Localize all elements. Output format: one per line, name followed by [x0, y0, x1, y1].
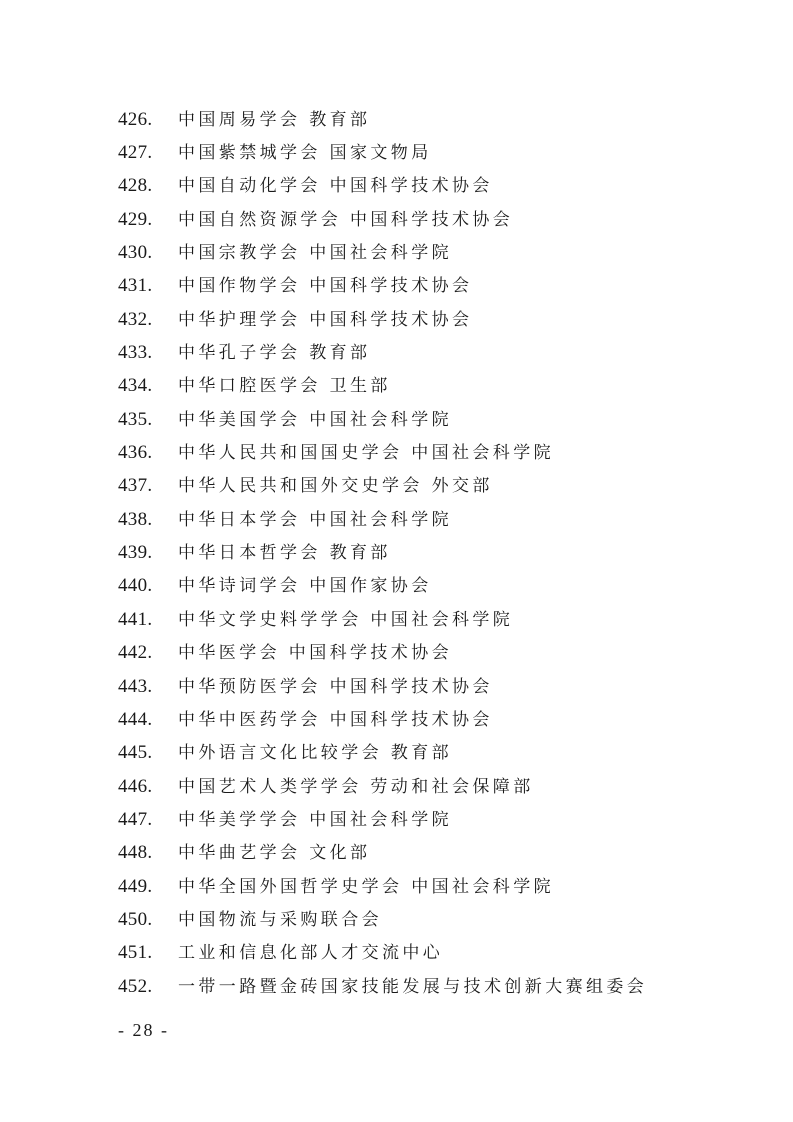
list-item: 437.中华人民共和国外交史学会 外交部 — [118, 470, 647, 503]
item-number: 438. — [118, 507, 178, 533]
item-text: 中国紫禁城学会 国家文物局 — [178, 140, 432, 166]
item-text: 工业和信息化部人才交流中心 — [178, 940, 443, 966]
item-text: 中华人民共和国国史学会 中国社会科学院 — [178, 440, 554, 466]
item-number: 440. — [118, 573, 178, 599]
item-number: 431. — [118, 273, 178, 299]
list-item: 430.中国宗教学会 中国社会科学院 — [118, 236, 647, 269]
list-item: 451.工业和信息化部人才交流中心 — [118, 937, 647, 970]
item-number: 437. — [118, 473, 178, 499]
list-item: 452.一带一路暨金砖国家技能发展与技术创新大赛组委会 — [118, 970, 647, 1003]
item-number: 430. — [118, 240, 178, 266]
item-text: 中华文学史料学学会 中国社会科学院 — [178, 607, 513, 633]
item-number: 444. — [118, 707, 178, 733]
item-number: 443. — [118, 674, 178, 700]
item-text: 中华孔子学会 教育部 — [178, 340, 370, 366]
organization-list: 426.中国周易学会 教育部 427.中国紫禁城学会 国家文物局 428.中国自… — [118, 103, 647, 1003]
list-item: 444.中华中医药学会 中国科学技术协会 — [118, 703, 647, 736]
item-number: 441. — [118, 607, 178, 633]
list-item: 439.中华日本哲学会 教育部 — [118, 536, 647, 569]
item-text: 中外语言文化比较学会 教育部 — [178, 740, 452, 766]
document-page: 426.中国周易学会 教育部 427.中国紫禁城学会 国家文物局 428.中国自… — [0, 0, 793, 1122]
item-number: 432. — [118, 307, 178, 333]
list-item: 440.中华诗词学会 中国作家协会 — [118, 570, 647, 603]
item-number: 442. — [118, 640, 178, 666]
item-text: 一带一路暨金砖国家技能发展与技术创新大赛组委会 — [178, 974, 647, 1000]
item-text: 中华诗词学会 中国作家协会 — [178, 573, 432, 599]
page-number: - 28 - — [118, 1020, 169, 1041]
list-item: 448.中华曲艺学会 文化部 — [118, 837, 647, 870]
list-item: 428.中国自动化学会 中国科学技术协会 — [118, 170, 647, 203]
item-text: 中华日本学会 中国社会科学院 — [178, 507, 452, 533]
list-item: 429.中国自然资源学会 中国科学技术协会 — [118, 203, 647, 236]
item-number: 439. — [118, 540, 178, 566]
item-text: 中华预防医学会 中国科学技术协会 — [178, 674, 493, 700]
item-number: 429. — [118, 207, 178, 233]
list-item: 450.中国物流与采购联合会 — [118, 903, 647, 936]
item-text: 中国周易学会 教育部 — [178, 107, 370, 133]
item-number: 445. — [118, 740, 178, 766]
item-text: 中国艺术人类学学会 劳动和社会保障部 — [178, 774, 534, 800]
item-text: 中华护理学会 中国科学技术协会 — [178, 307, 472, 333]
item-text: 中国自动化学会 中国科学技术协会 — [178, 173, 493, 199]
item-text: 中华曲艺学会 文化部 — [178, 840, 370, 866]
list-item: 426.中国周易学会 教育部 — [118, 103, 647, 136]
list-item: 442.中华医学会 中国科学技术协会 — [118, 637, 647, 670]
item-text: 中华人民共和国外交史学会 外交部 — [178, 473, 493, 499]
item-number: 435. — [118, 407, 178, 433]
list-item: 434.中华口腔医学会 卫生部 — [118, 370, 647, 403]
list-item: 445.中外语言文化比较学会 教育部 — [118, 737, 647, 770]
list-item: 441.中华文学史料学学会 中国社会科学院 — [118, 603, 647, 636]
list-item: 447.中华美学学会 中国社会科学院 — [118, 803, 647, 836]
item-number: 451. — [118, 940, 178, 966]
list-item: 436.中华人民共和国国史学会 中国社会科学院 — [118, 436, 647, 469]
item-number: 434. — [118, 373, 178, 399]
item-text: 中国作物学会 中国科学技术协会 — [178, 273, 472, 299]
item-text: 中国物流与采购联合会 — [178, 907, 382, 933]
item-number: 449. — [118, 874, 178, 900]
list-item: 438.中华日本学会 中国社会科学院 — [118, 503, 647, 536]
item-text: 中华医学会 中国科学技术协会 — [178, 640, 452, 666]
list-item: 435.中华美国学会 中国社会科学院 — [118, 403, 647, 436]
list-item: 446.中国艺术人类学学会 劳动和社会保障部 — [118, 770, 647, 803]
item-number: 436. — [118, 440, 178, 466]
item-text: 中华口腔医学会 卫生部 — [178, 373, 391, 399]
list-item: 431.中国作物学会 中国科学技术协会 — [118, 270, 647, 303]
list-item: 433.中华孔子学会 教育部 — [118, 336, 647, 369]
item-text: 中华中医药学会 中国科学技术协会 — [178, 707, 493, 733]
item-number: 452. — [118, 974, 178, 1000]
item-number: 427. — [118, 140, 178, 166]
item-text: 中华美国学会 中国社会科学院 — [178, 407, 452, 433]
item-text: 中华全国外国哲学史学会 中国社会科学院 — [178, 874, 554, 900]
item-text: 中国宗教学会 中国社会科学院 — [178, 240, 452, 266]
item-number: 426. — [118, 107, 178, 133]
item-number: 447. — [118, 807, 178, 833]
item-number: 446. — [118, 774, 178, 800]
item-text: 中华日本哲学会 教育部 — [178, 540, 391, 566]
item-number: 428. — [118, 173, 178, 199]
list-item: 427.中国紫禁城学会 国家文物局 — [118, 136, 647, 169]
item-number: 448. — [118, 840, 178, 866]
item-number: 450. — [118, 907, 178, 933]
list-item: 443.中华预防医学会 中国科学技术协会 — [118, 670, 647, 703]
item-text: 中国自然资源学会 中国科学技术协会 — [178, 207, 513, 233]
list-item: 449.中华全国外国哲学史学会 中国社会科学院 — [118, 870, 647, 903]
list-item: 432.中华护理学会 中国科学技术协会 — [118, 303, 647, 336]
item-number: 433. — [118, 340, 178, 366]
item-text: 中华美学学会 中国社会科学院 — [178, 807, 452, 833]
